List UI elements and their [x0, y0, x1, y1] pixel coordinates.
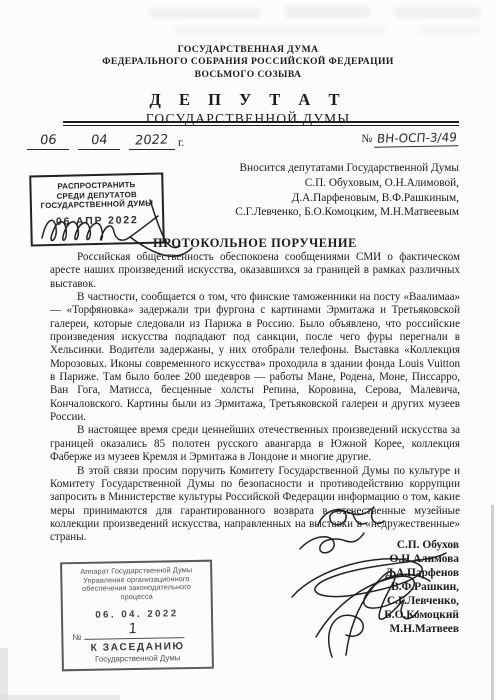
- handwritten-number-value: ВН-ОСП-3/49: [375, 130, 460, 147]
- submitted-by-line: С.Г.Левченко, Б.О.Комоцким, М.Н.Матвеевы…: [235, 205, 459, 220]
- body-paragraph: Российская общественность обеспокоена со…: [50, 251, 460, 291]
- org-name-line2: ФЕДЕРАЛЬНОГО СОБРАНИЯ РОССИЙСКОЙ ФЕДЕРАЦ…: [0, 56, 496, 68]
- registration-stamp-session-sub: Государственной Думы: [67, 653, 209, 664]
- submitted-by-block: Вносится депутатами Государственной Думы…: [235, 161, 459, 220]
- scan-bleedthrough-artifact: [285, 6, 370, 18]
- signatory-name: М.Н.Матвеев: [384, 622, 459, 636]
- date-year-slot: 2022: [129, 133, 175, 150]
- body-paragraph: В настоящее время среди ценнейших отечес…: [50, 424, 460, 464]
- distribution-stamp-line3: ГОСУДАРСТВЕННОЙ ДУМЫ: [34, 199, 160, 211]
- body-paragraph: В частности, сообщается о том, что финск…: [50, 291, 460, 424]
- org-name-line1: ГОСУДАРСТВЕННАЯ ДУМА: [0, 44, 496, 56]
- handwritten-year: 2022: [135, 132, 170, 148]
- document-title: ПРОТОКОЛЬНОЕ ПОРУЧЕНИЕ: [50, 236, 460, 251]
- signatory-name: С.Г.Левченко,: [384, 594, 459, 608]
- date-year-suffix: г.: [178, 137, 184, 149]
- registration-number: № ВН-ОСП-3/49: [361, 131, 459, 147]
- registration-stamp: Аппарат Государственной Думы Управление …: [60, 560, 214, 671]
- scan-bleedthrough-artifact: [150, 8, 260, 18]
- number-rule: 1: [84, 625, 184, 640]
- date-month-slot: 04: [78, 133, 120, 150]
- scan-bleedthrough-artifact: [395, 7, 480, 18]
- signatory-name: О.Н.Алимова: [384, 552, 459, 566]
- registration-stamp-date: 06. 04. 2022: [66, 608, 208, 621]
- scan-page-edge: [0, 695, 120, 700]
- signatories-block: С.П. Обухов О.Н.Алимова Д.А.Парфенов В.Ф…: [384, 538, 459, 636]
- scan-page-edge: [491, 505, 494, 700]
- submitted-by-line: С.П. Обуховым, О.Н.Алимовой,: [235, 176, 459, 191]
- signatory-name: Д.А.Парфенов: [384, 566, 459, 580]
- handwritten-number: 1: [128, 621, 138, 637]
- distribution-stamp-date: 06 АПР 2022: [34, 213, 160, 228]
- scan-bleedthrough-artifact: [175, 26, 385, 34]
- submitted-by-line: Вносится депутатами Государственной Думы: [235, 161, 459, 176]
- scanned-document-page: ГОСУДАРСТВЕННАЯ ДУМА ФЕДЕРАЛЬНОГО СОБРАН…: [0, 0, 496, 700]
- number-label: №: [72, 632, 81, 642]
- scan-bleedthrough-artifact: [420, 26, 480, 34]
- document-body: Российская общественность обеспокоена со…: [50, 251, 460, 545]
- date-day-slot: 06: [27, 133, 69, 150]
- org-name-line3: ВОСЬМОГО СОЗЫВА: [0, 69, 496, 81]
- letterhead-divider-rule: [63, 121, 459, 126]
- handwritten-month: 04: [90, 133, 108, 149]
- submitted-by-line: Д.А.Парфеновым, В.Ф.Рашкиным,: [235, 191, 459, 206]
- scan-page-edge: [0, 648, 8, 700]
- signatory-name: С.П. Обухов: [384, 538, 459, 552]
- body-paragraph: В этой связи просим поручить Комитету Го…: [50, 465, 460, 545]
- registration-stamp-number-line: №1: [66, 625, 208, 641]
- handwritten-day: 06: [39, 133, 57, 149]
- signatory-name: Б.О.Комоцкий: [384, 608, 459, 622]
- signatory-name: В.Ф.Рашкин,: [384, 580, 459, 594]
- letterhead: ГОСУДАРСТВЕННАЯ ДУМА ФЕДЕРАЛЬНОГО СОБРАН…: [0, 44, 496, 127]
- letterhead-title: Д Е П У Т А Т: [0, 90, 496, 110]
- number-label: №: [361, 133, 372, 145]
